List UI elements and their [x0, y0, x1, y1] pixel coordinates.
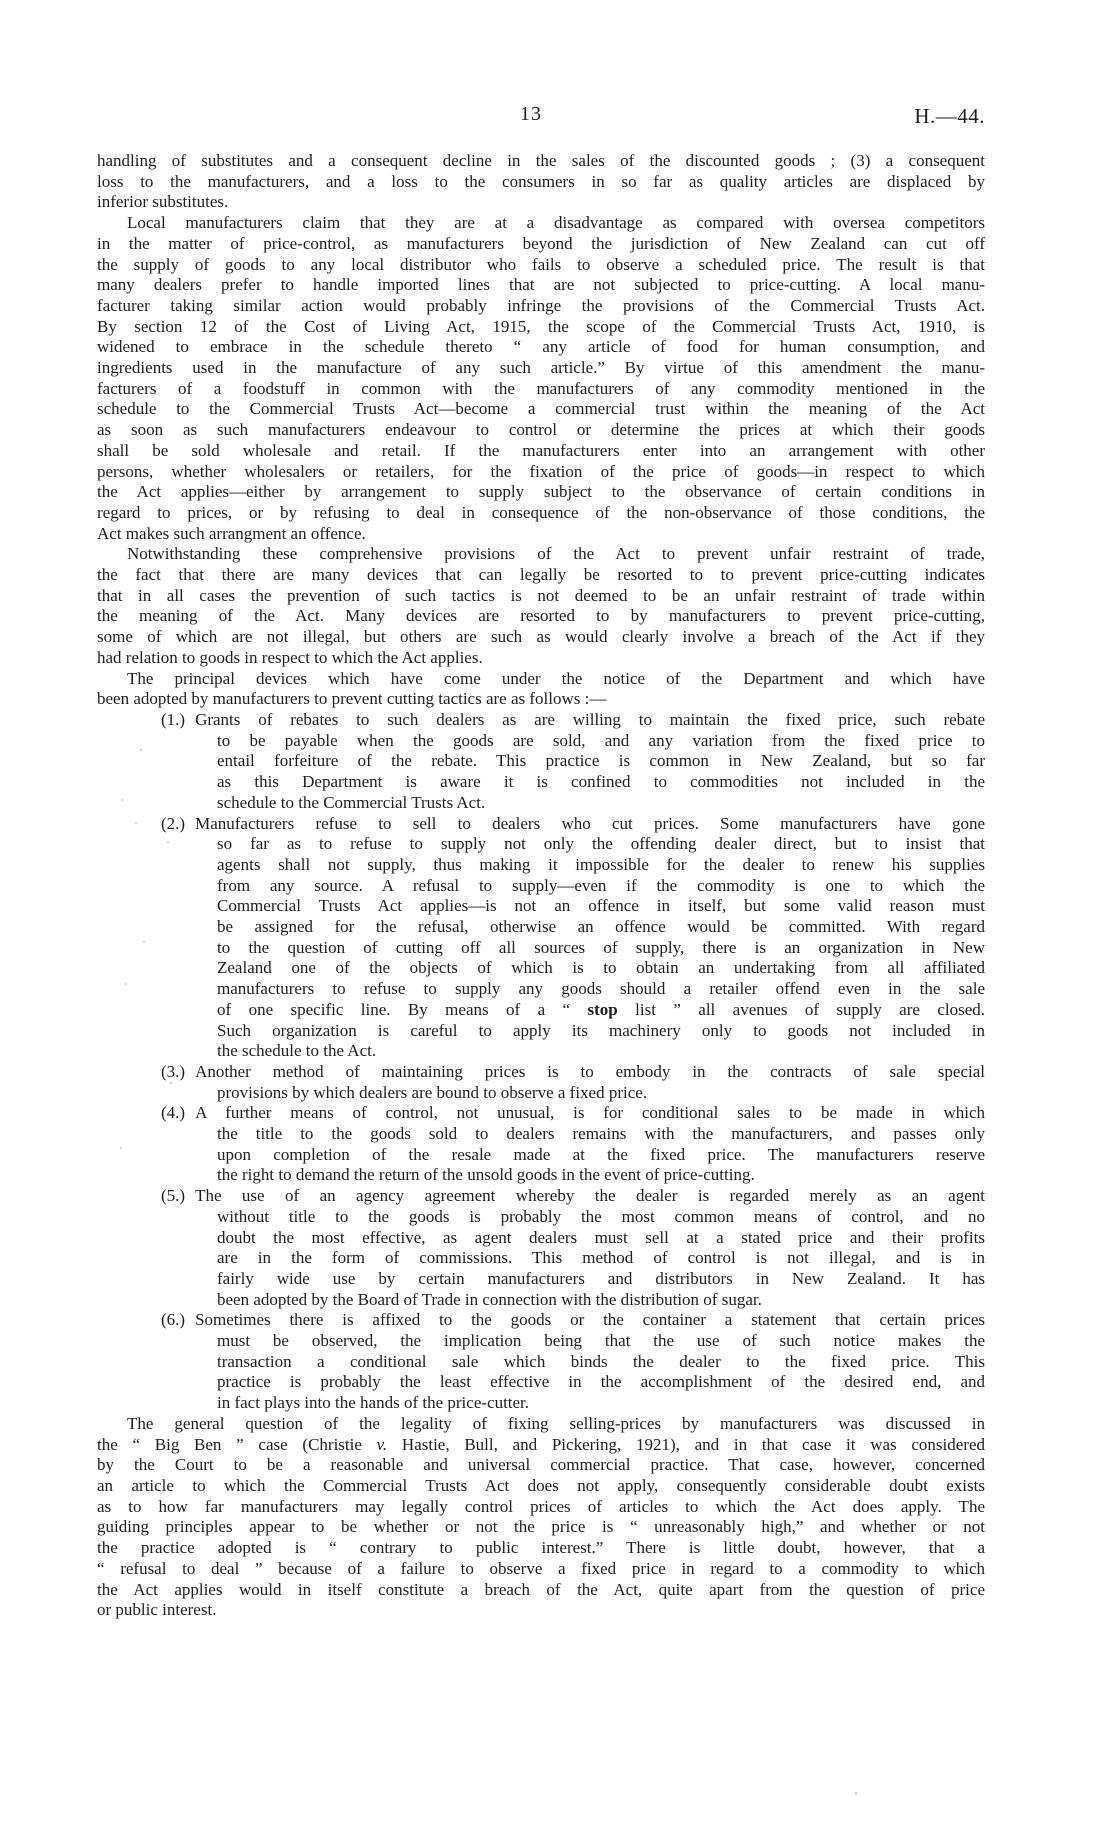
text-line: agents shall not supply, thus making it … [97, 855, 985, 876]
text-line: as soon as such manufacturers endeavour … [97, 420, 985, 441]
text-line: The principal devices which have come un… [97, 669, 985, 690]
text-line: practice is probably the least effective… [97, 1372, 985, 1393]
paragraph: Notwithstanding these comprehensive prov… [97, 544, 985, 668]
list-item: (3.)Another method of maintaining prices… [97, 1062, 985, 1103]
text-line: the practice adopted is “ contrary to pu… [97, 1538, 985, 1559]
scan-speck [120, 1147, 122, 1149]
text-line: are in the form of commissions. This met… [97, 1248, 985, 1269]
list-item-number: (1.) [161, 710, 185, 729]
text-line: widened to embrace in the schedule there… [97, 337, 985, 358]
text-line: the schedule to the Act. [97, 1041, 985, 1062]
list-item-number: (4.) [161, 1103, 185, 1122]
text-line: or public interest. [97, 1600, 985, 1621]
text-line: the right to demand the return of the un… [97, 1165, 985, 1186]
scan-speck [140, 749, 142, 751]
paragraph: Local manufacturers claim that they are … [97, 213, 985, 544]
text-line: by the Court to be a reasonable and univ… [97, 1455, 985, 1476]
text-line: been adopted by the Board of Trade in co… [97, 1290, 985, 1311]
paragraph: handling of substitutes and a consequent… [97, 151, 985, 213]
scan-speck [170, 1082, 172, 1084]
text-line: facturers of a foodstuff in common with … [97, 379, 985, 400]
text-line: in the matter of price-control, as manuf… [97, 234, 985, 255]
text-line: the title to the goods sold to dealers r… [97, 1124, 985, 1145]
page-number: 13 [97, 103, 965, 126]
text-line: the meaning of the Act. Many devices are… [97, 606, 985, 627]
text-line: the supply of goods to any local distrib… [97, 255, 985, 276]
list-item: (4.)A further means of control, not unus… [97, 1103, 985, 1186]
text-line: the fact that there are many devices tha… [97, 565, 985, 586]
text-line: schedule to the Commercial Trusts Act. [97, 793, 985, 814]
list-item: (6.)Sometimes there is affixed to the go… [97, 1310, 985, 1414]
text-line: so far as to refuse to supply not only t… [97, 834, 985, 855]
list-item: (2.)Manufacturers refuse to sell to deal… [97, 814, 985, 1062]
text-line: the “ Big Ben ” case (Christie v. Hastie… [97, 1435, 985, 1456]
text-line: as this Department is aware it is confin… [97, 772, 985, 793]
text-line: to be payable when the goods are sold, a… [97, 731, 985, 752]
text-line: “ refusal to deal ” because of a failure… [97, 1559, 985, 1580]
text-line: (6.)Sometimes there is affixed to the go… [97, 1310, 985, 1331]
text-line: By section 12 of the Cost of Living Act,… [97, 317, 985, 338]
text-line: many dealers prefer to handle imported l… [97, 275, 985, 296]
list-item: (5.)The use of an agency agreement where… [97, 1186, 985, 1310]
text-line: loss to the manufacturers, and a loss to… [97, 172, 985, 193]
text-line: regard to prices, or by refusing to deal… [97, 503, 985, 524]
text-line: had relation to goods in respect to whic… [97, 648, 985, 669]
text-line: Zealand one of the objects of which is t… [97, 958, 985, 979]
text-line: schedule to the Commercial Trusts Act—be… [97, 399, 985, 420]
text-line: from any source. A refusal to supply—eve… [97, 876, 985, 897]
text-line: facturer taking similar action would pro… [97, 296, 985, 317]
text-line: Local manufacturers claim that they are … [97, 213, 985, 234]
text-line: entail forfeiture of the rebate. This pr… [97, 751, 985, 772]
text-line: to the question of cutting off all sourc… [97, 938, 985, 959]
text-line: without title to the goods is probably t… [97, 1207, 985, 1228]
text-line: (4.)A further means of control, not unus… [97, 1103, 985, 1124]
text-line: inferior substitutes. [97, 192, 985, 213]
text-line: Such organization is careful to apply it… [97, 1021, 985, 1042]
text-line: be assigned for the refusal, otherwise a… [97, 917, 985, 938]
text-line: an article to which the Commercial Trust… [97, 1476, 985, 1497]
text-line: the Act applies—either by arrangement to… [97, 482, 985, 503]
text-line: been adopted by manufacturers to prevent… [97, 689, 985, 710]
list-item-number: (5.) [161, 1186, 185, 1205]
text-line: handling of substitutes and a consequent… [97, 151, 985, 172]
text-line: upon completion of the resale made at th… [97, 1145, 985, 1166]
text-line: shall be sold wholesale and retail. If t… [97, 441, 985, 462]
text-line: guiding principles appear to be whether … [97, 1517, 985, 1538]
text-line: must be observed, the implication being … [97, 1331, 985, 1352]
text-line: Commercial Trusts Act applies—is not an … [97, 896, 985, 917]
scan-speck [121, 799, 123, 801]
text-line: transaction a conditional sale which bin… [97, 1352, 985, 1373]
text-line: provisions by which dealers are bound to… [97, 1083, 985, 1104]
text-line: fairly wide use by certain manufacturers… [97, 1269, 985, 1290]
scan-speck [167, 841, 169, 843]
text-line: (2.)Manufacturers refuse to sell to deal… [97, 814, 985, 835]
text-line: as to how far manufacturers may legally … [97, 1497, 985, 1518]
text-line: Notwithstanding these comprehensive prov… [97, 544, 985, 565]
text-line: that in all cases the prevention of such… [97, 586, 985, 607]
text-line: (1.)Grants of rebates to such dealers as… [97, 710, 985, 731]
text-line: the Act applies would in itself constitu… [97, 1580, 985, 1601]
text-line: doubt the most effective, as agent deale… [97, 1228, 985, 1249]
text-line: in fact plays into the hands of the pric… [97, 1393, 985, 1414]
scan-speck [135, 822, 137, 824]
text-line: of one specific line. By means of a “ st… [97, 1000, 985, 1021]
list-item-number: (6.) [161, 1310, 185, 1329]
text-line: (5.)The use of an agency agreement where… [97, 1186, 985, 1207]
document-body: handling of substitutes and a consequent… [97, 151, 985, 1621]
text-line: (3.)Another method of maintaining prices… [97, 1062, 985, 1083]
scan-speck [855, 1792, 857, 1795]
text-line: ingredients used in the manufacture of a… [97, 358, 985, 379]
paragraph: The principal devices which have come un… [97, 669, 985, 710]
scan-speck [125, 983, 127, 985]
text-line: persons, whether wholesalers or retailer… [97, 462, 985, 483]
text-line: manufacturers to refuse to supply any go… [97, 979, 985, 1000]
list-item-number: (3.) [161, 1062, 185, 1081]
scan-speck [143, 941, 145, 943]
text-line: some of which are not illegal, but other… [97, 627, 985, 648]
doc-reference: H.—44. [914, 104, 985, 129]
text-line: The general question of the legality of … [97, 1414, 985, 1435]
list-item-number: (2.) [161, 814, 185, 833]
text-line: Act makes such arrangment an offence. [97, 524, 985, 545]
page-header: 13 H.—44. [97, 103, 985, 131]
document-page: 13 H.—44. handling of substitutes and a … [97, 0, 985, 1822]
list-item: (1.)Grants of rebates to such dealers as… [97, 710, 985, 814]
paragraph: The general question of the legality of … [97, 1414, 985, 1621]
